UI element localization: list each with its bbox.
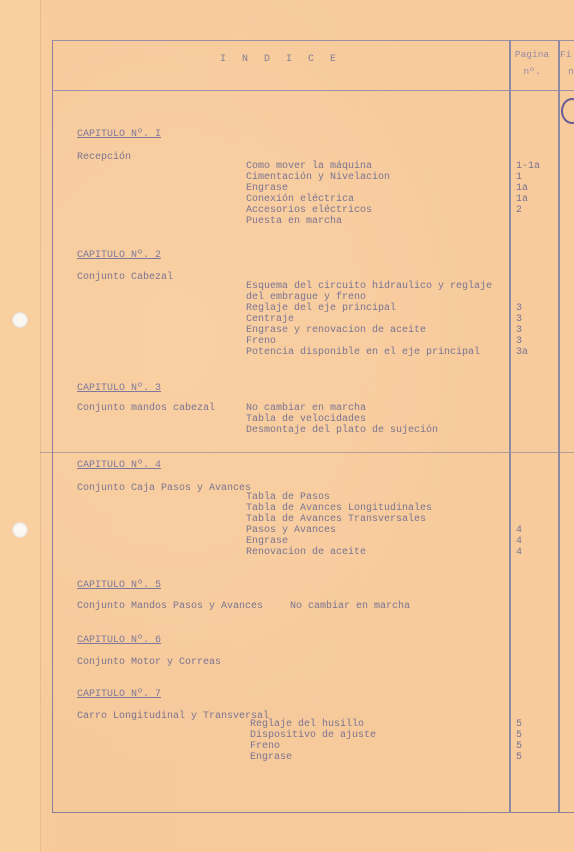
page-number: 4 [516, 525, 522, 536]
index-entry: Como mover la máquina [246, 161, 372, 172]
index-entry: No cambiar en marcha [290, 601, 410, 612]
page-column-divider [509, 40, 511, 813]
index-entry: Engrase [246, 536, 288, 547]
page-number: 3a [516, 347, 528, 358]
index-entry: Reglaje del eje principal [246, 303, 396, 314]
section-title: Conjunto Cabezal [77, 272, 173, 283]
figure-column-divider [558, 40, 560, 813]
page-number: 4 [516, 547, 522, 558]
page-number: 2 [516, 205, 522, 216]
punch-hole-bottom [12, 522, 28, 538]
page-title: I N D I C E [52, 54, 509, 65]
index-entry: Potencia disponible en el eje principal [246, 347, 480, 358]
figure-column-header-line2: n [560, 63, 574, 80]
index-entry: Puesta en marcha [246, 216, 342, 227]
index-entry: del embrague y freno [246, 292, 366, 303]
index-entry: Engrase [246, 183, 288, 194]
index-entry: Centraje [246, 314, 294, 325]
section-title: Conjunto mandos cabezal [77, 403, 215, 414]
index-entry: Engrase y renovacion de aceite [246, 325, 426, 336]
chapter-heading: CAPITULO Nº. 3 [77, 383, 161, 394]
page-number: 1a [516, 194, 528, 205]
index-entry: Engrase [250, 752, 292, 763]
page-number: 3 [516, 336, 522, 347]
figure-column-header-line1: Fi [560, 46, 574, 63]
index-entry: Tabla de Pasos [246, 492, 330, 503]
page-number: 5 [516, 741, 522, 752]
section-title: Conjunto Caja Pasos y Avances [77, 483, 251, 494]
figure-column-header: Fi n [560, 46, 574, 80]
index-entry: Accesorios eléctricos [246, 205, 372, 216]
chapter-heading: CAPITULO Nº. 4 [77, 460, 161, 471]
index-entry: Freno [246, 336, 276, 347]
page-number: 1 [516, 172, 522, 183]
binding-margin [0, 0, 41, 852]
page-number: 3 [516, 325, 522, 336]
page-column-header: Pagina nº. [509, 46, 555, 80]
punch-hole-top [12, 312, 28, 328]
chapter-heading: CAPITULO Nº. I [77, 129, 161, 140]
page-number: 3 [516, 303, 522, 314]
index-entry: Pasos y Avances [246, 525, 336, 536]
page-number: 5 [516, 752, 522, 763]
page-number: 5 [516, 730, 522, 741]
section-title: Conjunto Motor y Correas [77, 657, 221, 668]
page-number: 5 [516, 719, 522, 730]
chapter-heading: CAPITULO Nº. 5 [77, 580, 161, 591]
chapter-heading: CAPITULO Nº. 2 [77, 250, 161, 261]
header-divider [52, 90, 574, 91]
chapter-heading: CAPITULO Nº. 7 [77, 689, 161, 700]
index-entry: Renovacion de aceite [246, 547, 366, 558]
section-title: Carro Longitudinal y Transversal [77, 711, 269, 722]
section-title: Conjunto Mandos Pasos y Avances [77, 601, 263, 612]
index-entry: Conexión eléctrica [246, 194, 354, 205]
index-entry: Desmontaje del plato de sujeción [246, 425, 438, 436]
section-title: Recepción [77, 152, 131, 163]
index-entry: Freno [250, 741, 280, 752]
chapter-heading: CAPITULO Nº. 6 [77, 635, 161, 646]
index-entry: Reglaje del husillo [250, 719, 364, 730]
page-number: 1-1a [516, 161, 540, 172]
page-column-header-line2: nº. [509, 63, 555, 80]
page-number: 3 [516, 314, 522, 325]
index-entry: Cimentación y Nivelacion [246, 172, 390, 183]
index-entry: Tabla de Avances Transversales [246, 514, 426, 525]
index-entry: Tabla de Avances Longitudinales [246, 503, 432, 514]
page-column-header-line1: Pagina [509, 46, 555, 63]
page-number: 1a [516, 183, 528, 194]
index-entry: Dispositivo de ajuste [250, 730, 376, 741]
index-entry: No cambiar en marcha [246, 403, 366, 414]
page-number: 4 [516, 536, 522, 547]
index-entry: Tabla de velocidades [246, 414, 366, 425]
index-entry: Esquema del circuito hidraulico y reglaj… [246, 281, 492, 292]
